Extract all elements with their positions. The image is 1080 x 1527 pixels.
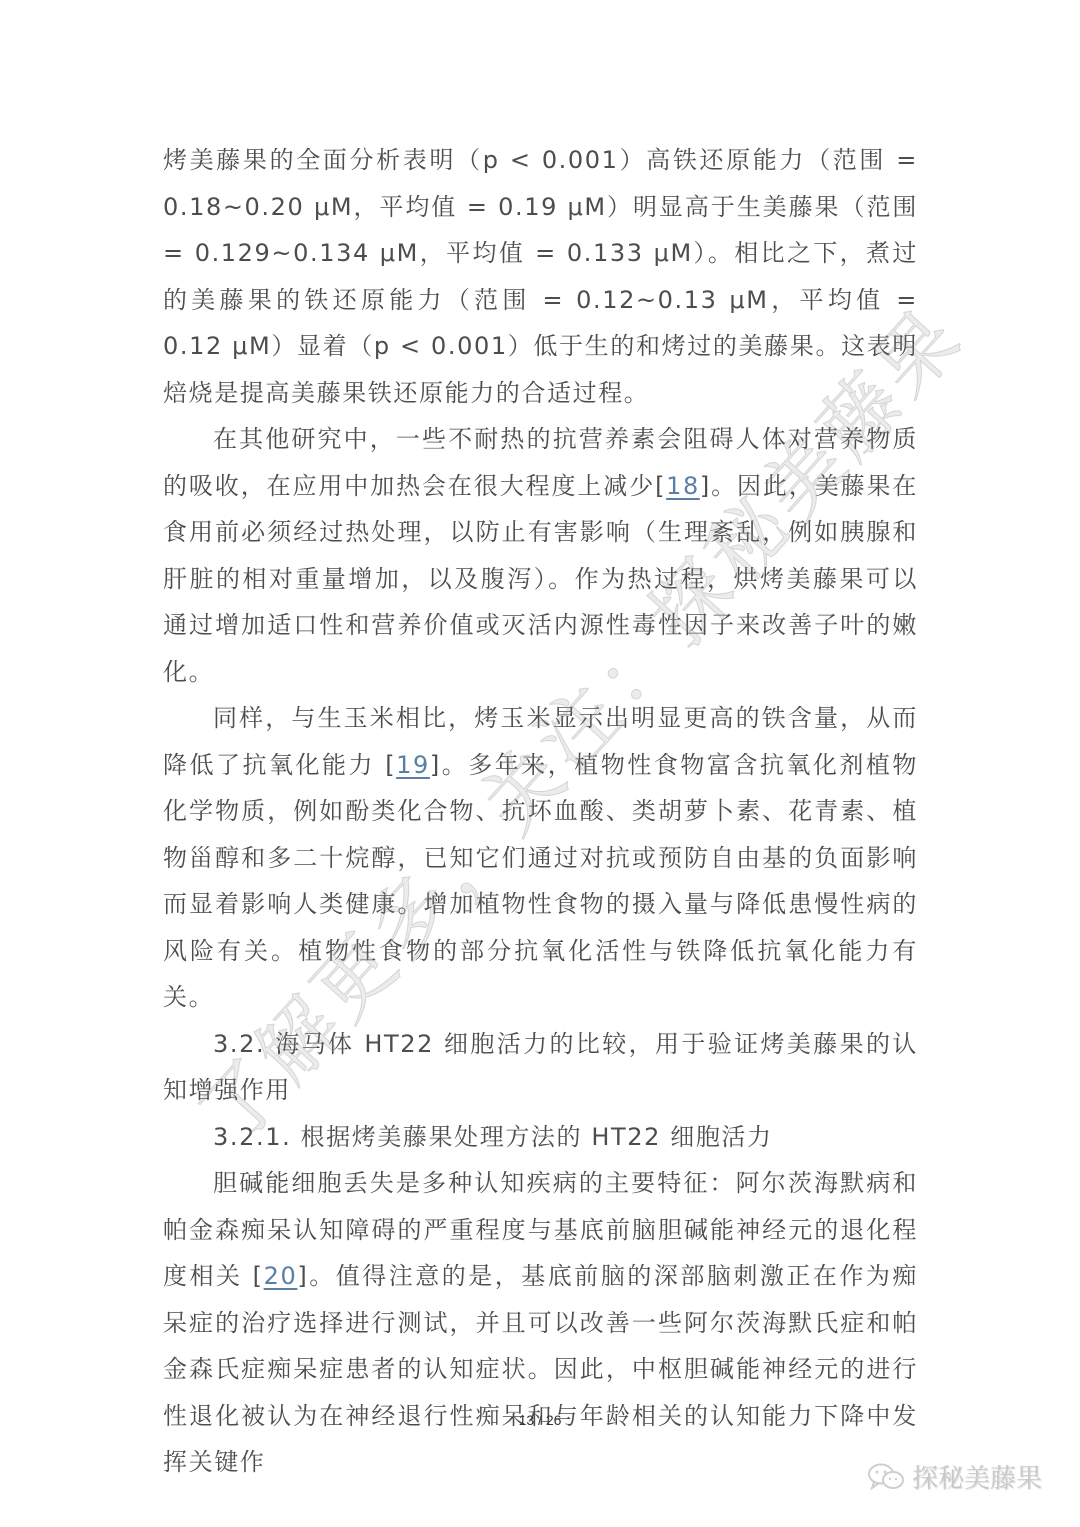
brand-name: 探秘美藤果 xyxy=(912,1458,1042,1495)
section-heading-3-2-1: 3.2.1. 根据烤美藤果处理方法的 HT22 细胞活力 xyxy=(163,1114,918,1161)
reference-link-19[interactable]: 19 xyxy=(396,751,430,779)
paragraph-roasted-corn: 同样，与生玉米相比，烤玉米显示出明显更高的铁含量，从而降低了抗氧化能力 [19]… xyxy=(163,695,918,1021)
reference-link-20[interactable]: 20 xyxy=(264,1262,298,1290)
paragraph-frap-results: 烤美藤果的全面分析表明（p < 0.001）高铁还原能力（范围 = 0.18~0… xyxy=(163,137,918,416)
paragraph-text-after-ref: ]。因此，美藤果在食用前必须经过热处理，以防止有害影响（生理紊乱，例如胰腺和肝脏… xyxy=(163,472,918,686)
section-heading-3-2: 3.2. 海马体 HT22 细胞活力的比较，用于验证烤美藤果的认知增强作用 xyxy=(163,1021,918,1114)
document-body: 烤美藤果的全面分析表明（p < 0.001）高铁还原能力（范围 = 0.18~0… xyxy=(163,137,918,1486)
page-number: 13 / 26 xyxy=(0,1412,1080,1428)
paragraph-antinutrients: 在其他研究中，一些不耐热的抗营养素会阻碍人体对营养物质的吸收，在应用中加热会在很… xyxy=(163,416,918,695)
document-page: 烤美藤果的全面分析表明（p < 0.001）高铁还原能力（范围 = 0.18~0… xyxy=(0,0,1080,1527)
paragraph-text-after-ref: ]。多年来，植物性食物富含抗氧化剂植物化学物质，例如酚类化合物、抗坏血酸、类胡萝… xyxy=(163,751,918,1012)
reference-link-18[interactable]: 18 xyxy=(666,472,700,500)
wechat-account-brand: 探秘美藤果 xyxy=(866,1458,1042,1495)
wechat-icon xyxy=(866,1462,906,1492)
paragraph-text: 烤美藤果的全面分析表明（p < 0.001）高铁还原能力（范围 = 0.18~0… xyxy=(163,146,918,407)
paragraph-text-after-ref: ]。值得注意的是，基底前脑的深部脑刺激正在作为痴呆症的治疗选择进行测试，并且可以… xyxy=(163,1262,918,1476)
paragraph-cholinergic: 胆碱能细胞丢失是多种认知疾病的主要特征：阿尔茨海默病和帕金森痴呆认知障碍的严重程… xyxy=(163,1160,918,1486)
